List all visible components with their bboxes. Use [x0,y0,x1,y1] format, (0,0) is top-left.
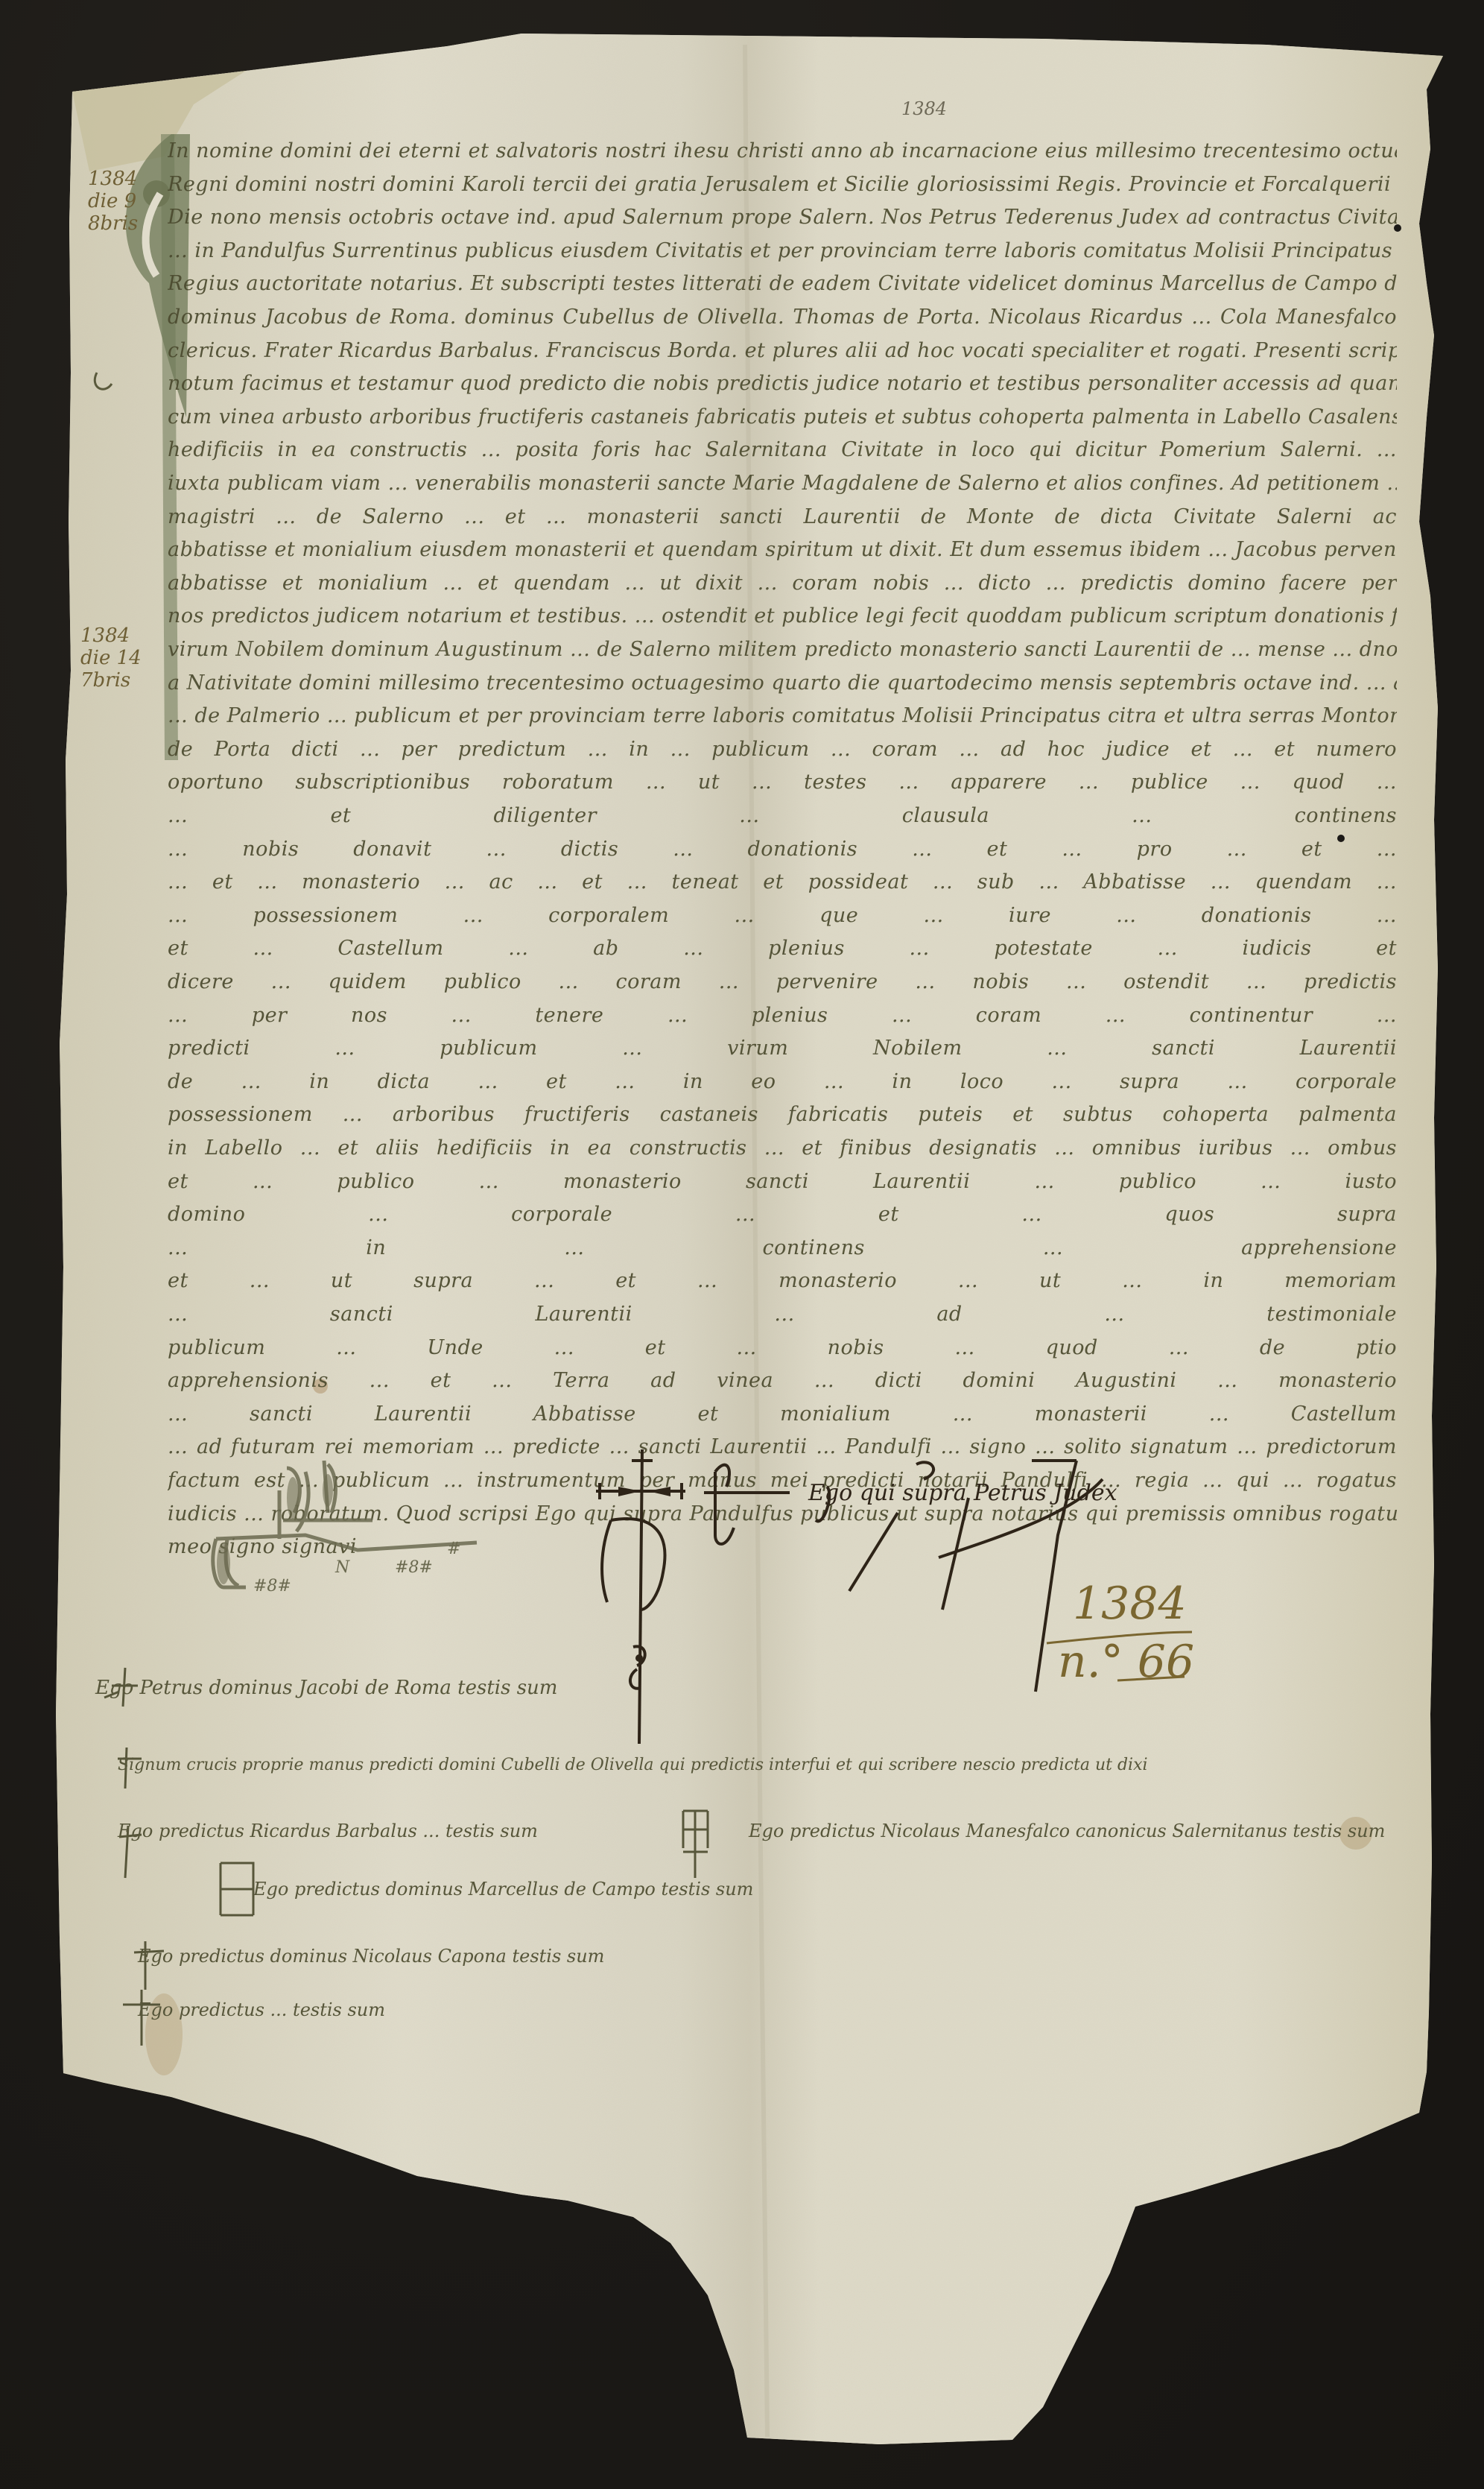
document-viewer: 1384 die 9 8bris 1384 die 14 7bris 1384 … [0,0,1484,2489]
witness-signa-icons [0,0,1484,2489]
